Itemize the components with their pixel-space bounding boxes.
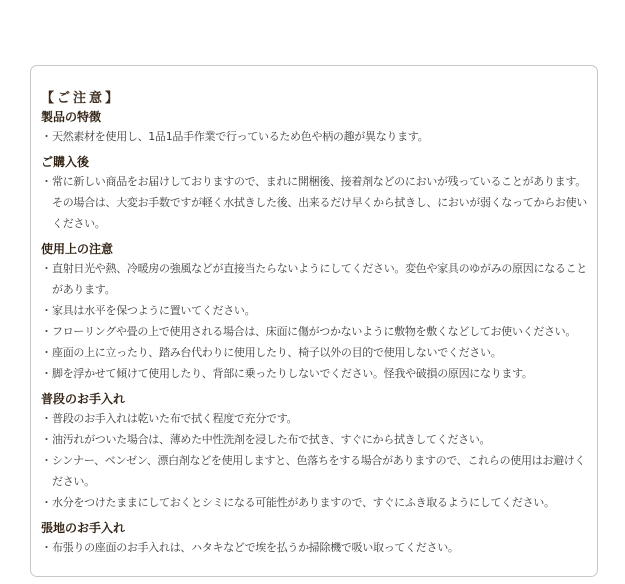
list-item: シンナー、ベンゼン、漂白剤などを使用しますと、色落ちをする場合がありますので、こ… — [41, 450, 587, 492]
section-list: 常に新しい商品をお届けしておりますので、まれに開梱後、接着剤などのにおいが残って… — [41, 171, 587, 234]
list-item: 直射日光や熱、冷暖房の強風などが直接当たらないようにしてください。変色や家具のゆ… — [41, 258, 587, 300]
notice-title: 【ご注意】 — [41, 90, 587, 108]
list-item: 水分をつけたままにしておくとシミになる可能性がありますので、すぐにふき取るように… — [41, 492, 587, 513]
section-daily-care: 普段のお手入れ 普段のお手入れは乾いた布で拭く程度で充分です。 油汚れがついた場… — [41, 390, 587, 513]
list-item: 常に新しい商品をお届けしておりますので、まれに開梱後、接着剤などのにおいが残って… — [41, 171, 587, 234]
section-list: 布張りの座面のお手入れは、ハタキなどで埃を払うか掃除機で吸い取ってください。 — [41, 537, 587, 558]
section-list: 普段のお手入れは乾いた布で拭く程度で充分です。 油汚れがついた場合は、薄めた中性… — [41, 408, 587, 513]
list-item: 座面の上に立ったり、踏み台代わりに使用したり、椅子以外の目的で使用しないでくださ… — [41, 342, 587, 363]
section-list: 直射日光や熱、冷暖房の強風などが直接当たらないようにしてください。変色や家具のゆ… — [41, 258, 587, 384]
section-heading: 製品の特徴 — [41, 108, 587, 126]
list-item: 家具は水平を保つように置いてください。 — [41, 300, 587, 321]
section-list: 天然素材を使用し、1品1品手作業で行っているため色や柄の趣が異なります。 — [41, 126, 587, 147]
section-after-purchase: ご購入後 常に新しい商品をお届けしておりますので、まれに開梱後、接着剤などのにお… — [41, 153, 587, 234]
section-usage-cautions: 使用上の注意 直射日光や熱、冷暖房の強風などが直接当たらないようにしてください。… — [41, 240, 587, 384]
list-item: 天然素材を使用し、1品1品手作業で行っているため色や柄の趣が異なります。 — [41, 126, 587, 147]
notice-box: 【ご注意】 製品の特徴 天然素材を使用し、1品1品手作業で行っているため色や柄の… — [30, 65, 598, 577]
list-item: 布張りの座面のお手入れは、ハタキなどで埃を払うか掃除機で吸い取ってください。 — [41, 537, 587, 558]
section-heading: 張地のお手入れ — [41, 519, 587, 537]
section-heading: 使用上の注意 — [41, 240, 587, 258]
list-item: 脚を浮かせて傾けて使用したり、背部に乗ったりしないでください。怪我や破損の原因に… — [41, 363, 587, 384]
section-heading: ご購入後 — [41, 153, 587, 171]
section-heading: 普段のお手入れ — [41, 390, 587, 408]
list-item: 普段のお手入れは乾いた布で拭く程度で充分です。 — [41, 408, 587, 429]
section-upholstery-care: 張地のお手入れ 布張りの座面のお手入れは、ハタキなどで埃を払うか掃除機で吸い取っ… — [41, 519, 587, 558]
section-product-features: 製品の特徴 天然素材を使用し、1品1品手作業で行っているため色や柄の趣が異なりま… — [41, 108, 587, 147]
list-item: フローリングや畳の上で使用される場合は、床面に傷がつかないように敷物を敷くなどし… — [41, 321, 587, 342]
list-item: 油汚れがついた場合は、薄めた中性洗剤を浸した布で拭き、すぐにから拭きしてください… — [41, 429, 587, 450]
